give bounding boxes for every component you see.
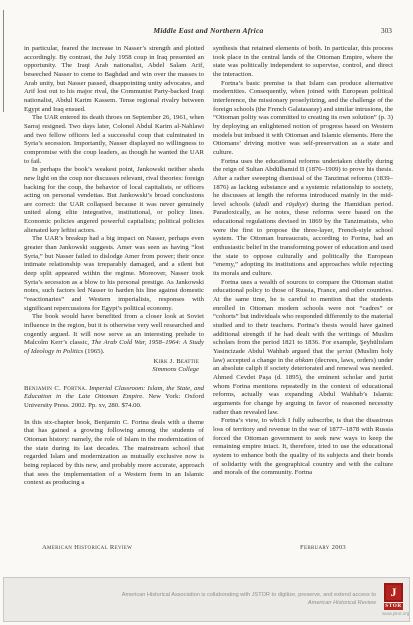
- body-paragraph: The book would have benefited from a clo…: [24, 313, 204, 356]
- right-column: synthesis that retained elements of both…: [213, 45, 393, 488]
- running-head-title: Middle East and Northern Africa: [24, 26, 393, 35]
- body-paragraph: Fortna uses the educational reforms unde…: [213, 158, 393, 279]
- page-footer: American Historical Review February 2003: [0, 544, 413, 554]
- jstor-logo-stor-label: STOR: [384, 603, 403, 610]
- body-paragraph: Fortna uses a wealth of sources to compa…: [213, 279, 393, 418]
- jstor-attribution-text: American Historical Association is colla…: [122, 592, 376, 607]
- body-paragraph: Fortna’s view, to which I fully subscrib…: [213, 417, 393, 478]
- body-paragraph: The UAR’s breakup had a big impact on Na…: [24, 235, 204, 313]
- body-paragraph: In this six-chapter book, Benjamin C. Fo…: [24, 419, 204, 488]
- book-citation: Benjamin C. Fortna. Imperial Classroom: …: [24, 385, 204, 411]
- jstor-logo-j-icon: J: [384, 583, 403, 602]
- jstor-attribution-bar: American Historical Association is colla…: [3, 577, 410, 622]
- jstor-attribution-line1: American Historical Association is colla…: [122, 592, 376, 600]
- footer-issue-date: February 2003: [300, 544, 346, 551]
- body-paragraph: in particular, feared the increase in Na…: [24, 45, 204, 114]
- jstor-attribution-line2: American Historical Review: [122, 600, 376, 608]
- body-paragraph: In perhaps the book’s weakest point, Jan…: [24, 166, 204, 235]
- body-paragraph: Fortna’s basic premise is that Islam can…: [213, 80, 393, 158]
- jstor-url: www.jstor.org: [382, 611, 403, 616]
- page-number: 303: [381, 26, 392, 35]
- jstor-logo: J STOR www.jstor.org: [382, 583, 403, 616]
- scan-artifact-line: [3, 10, 4, 112]
- footer-journal-name: American Historical Review: [42, 544, 132, 551]
- journal-page: Middle East and Northern Africa 303 in p…: [0, 0, 413, 625]
- body-paragraph: The UAR entered its death throes on Sept…: [24, 114, 204, 166]
- text-columns: in particular, feared the increase in Na…: [24, 45, 393, 488]
- running-head: Middle East and Northern Africa 303: [24, 26, 393, 38]
- body-paragraph: synthesis that retained elements of both…: [213, 45, 393, 80]
- reviewer-byline: Kirk J. BeattieSimmons College: [24, 358, 204, 375]
- left-column: in particular, feared the increase in Na…: [24, 45, 204, 488]
